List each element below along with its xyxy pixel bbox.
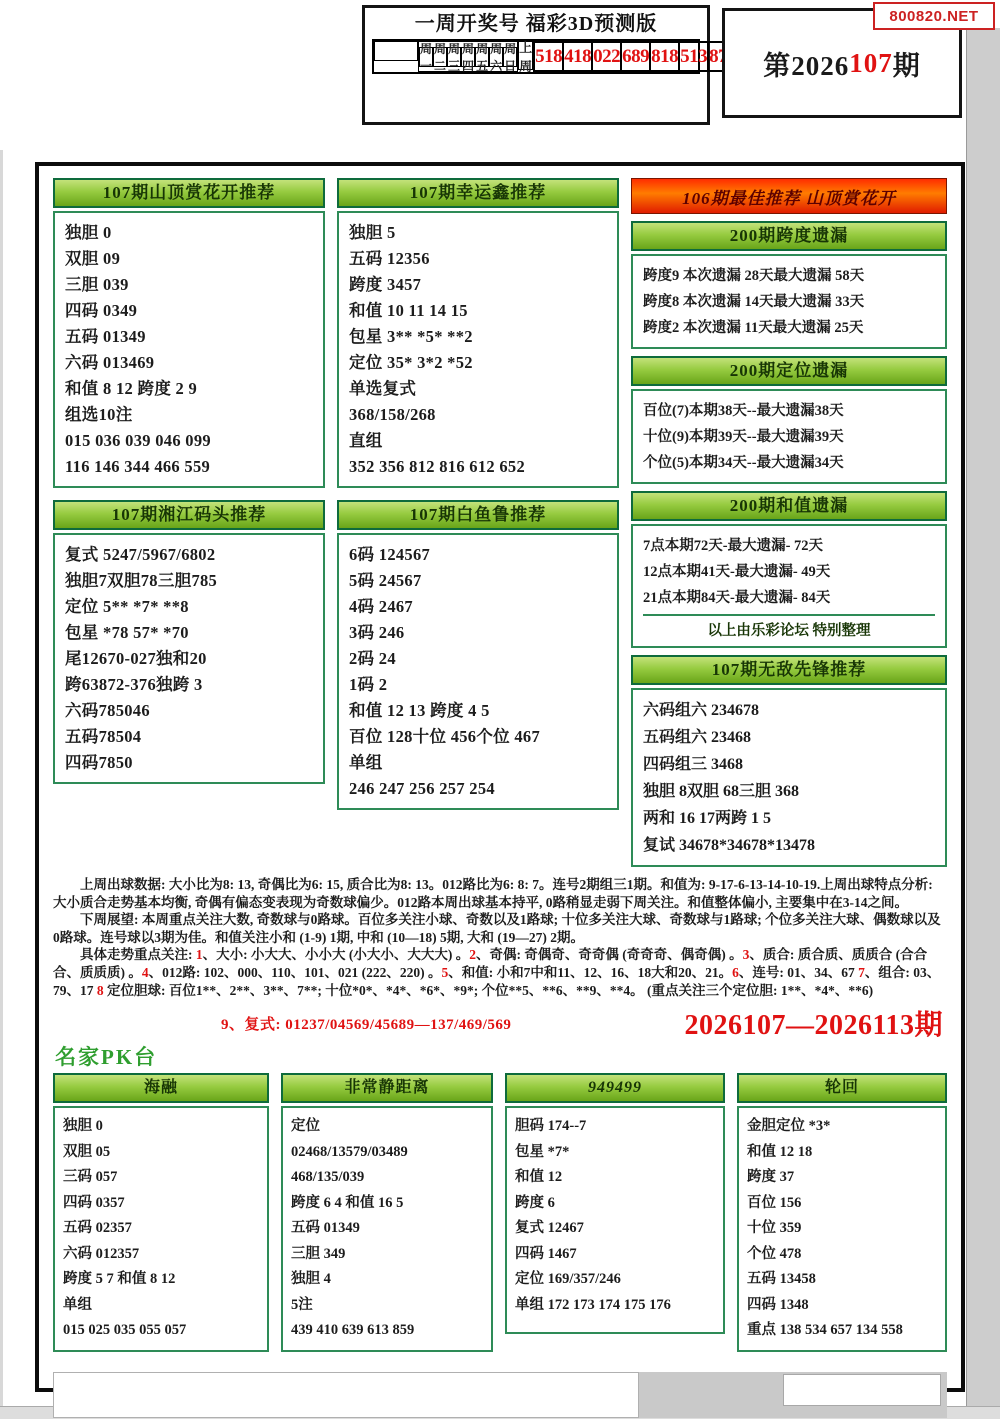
text-line: 尾12670-027独和20 [65, 646, 313, 672]
text-line: 跨度 3457 [349, 272, 607, 298]
box-hezhi-footer: 以上由乐彩论坛 特别整理 [643, 614, 935, 640]
text-line: 独胆7双胆78三胆785 [65, 568, 313, 594]
box-dingwei-yilou: 200期定位遗漏 百位(7)本期38天--最大遗漏38天十位(9)本期39天--… [631, 356, 947, 484]
text-line: 双胆 05 [63, 1140, 259, 1166]
text-line: 周二 [433, 47, 447, 67]
text-segment: 定位胆球: 百位1**、2**、3**、7**; 十位*0*、*4*、*6*、*… [104, 983, 873, 998]
text-line: 个位(5)本期34天--最大遗漏34天 [643, 450, 935, 476]
text-line: 周一 [419, 47, 433, 67]
text-line: 02468/13579/03489 [291, 1140, 483, 1166]
text-line: 周六 [489, 47, 503, 67]
text-line: 包星 *7* [515, 1140, 715, 1166]
text-segment: 具体走势重点关注: [80, 947, 196, 962]
week-day-headers: 周一周二周三周四周五周六周日 [418, 41, 518, 72]
text-line: 和值 8 12 跨度 2 9 [65, 376, 313, 402]
footer-white-box [783, 1374, 941, 1406]
text-line: 跨度 6 4 和值 16 5 [291, 1191, 483, 1217]
text-line: 513 [679, 42, 708, 71]
text-line: 跨度 6 [515, 1191, 715, 1217]
text-line: 十位(9)本期39天--最大遗漏39天 [643, 424, 935, 450]
text-line: 定位 35* 3*2 *52 [349, 350, 607, 376]
pk-box-hairong-title: 海融 [53, 1073, 269, 1103]
text-line: 直组 [349, 428, 607, 454]
text-line: 四码 1348 [747, 1293, 937, 1319]
text-line: 116 146 344 466 559 [65, 454, 313, 480]
box-wudi-title: 107期无敌先锋推荐 [631, 655, 947, 685]
box-kuadu-yilou: 200期跨度遗漏 跨度9 本次遗漏 28天最大遗漏 58天跨度8 本次遗漏 14… [631, 221, 947, 349]
text-line: 周四 [461, 47, 475, 67]
text-line: 和值 10 11 14 15 [349, 298, 607, 324]
text-line: 21点本期84天-最大遗漏- 84天 [643, 585, 935, 611]
text-line: 022 [592, 42, 621, 71]
text-line: 四码组三 3468 [643, 751, 935, 778]
footer-white-area [53, 1372, 639, 1418]
text-line: 定位 [291, 1114, 483, 1140]
text-line: 246 247 256 257 254 [349, 776, 607, 802]
issue-range: 2026107—2026113期 [685, 1003, 943, 1043]
text-line: 双胆 09 [65, 246, 313, 272]
text-line: 015 036 039 046 099 [65, 428, 313, 454]
highlight-segment: 6 [732, 965, 739, 980]
box-baiyulu-tuijian: 107期白鱼鲁推荐 6码 1245675码 245674码 24673码 246… [337, 500, 619, 810]
text-line: 单组 [63, 1293, 259, 1319]
text-line: 重点 138 534 657 134 558 [747, 1318, 937, 1344]
text-line: 独胆 0 [65, 220, 313, 246]
column-left: 107期山顶赏花开推荐 独胆 0双胆 09三胆 039四码 0349五码 013… [53, 178, 325, 874]
text-line: 单组 172 173 174 175 176 [515, 1293, 715, 1319]
text-line: 四码 0349 [65, 298, 313, 324]
text-line: 复式 12467 [515, 1216, 715, 1242]
text-line: 六码785046 [65, 698, 313, 724]
pk-box-lunhui-body: 金胆定位 *3*和值 12 18跨度 37百位 156十位 359个位 478五… [737, 1106, 947, 1352]
text-line: 五码组六 23468 [643, 724, 935, 751]
pk-boxes-grid: 海融 独胆 0双胆 05三码 057四码 0357五码 02357六码 0123… [53, 1073, 947, 1364]
text-line: 六码组六 234678 [643, 697, 935, 724]
page-right-margin [966, 28, 1000, 1419]
week-draws-table: 一周开奖号 福彩3D预测版 周一周二周三周四周五周六周日 上周 51841802… [362, 5, 710, 125]
issue-number: 107 [849, 48, 893, 79]
text-line: 周三 [447, 47, 461, 67]
text-line: 12点本期41天-最大遗漏- 49天 [643, 559, 935, 585]
text-line: 468/135/039 [291, 1165, 483, 1191]
text-line: 1码 2 [349, 672, 607, 698]
text-line: 独胆 4 [291, 1267, 483, 1293]
text-line: 五码 12356 [349, 246, 607, 272]
text-line: 十位 359 [747, 1216, 937, 1242]
text-line: 四码7850 [65, 750, 313, 776]
text-line: 百位(7)本期38天--最大遗漏38天 [643, 398, 935, 424]
text-line: 单组 [349, 750, 607, 776]
text-line: 复试 34678*34678*13478 [643, 832, 935, 859]
analysis-paragraph-focus: 具体走势重点关注: 1、大小: 小大大、小小大 (小大小、大大大) 。2、奇偶:… [53, 946, 947, 999]
box-xingyunxin-tuijian: 107期幸运鑫推荐 独胆 5五码 12356跨度 3457和值 10 11 14… [337, 178, 619, 488]
box-baiyulu-title: 107期白鱼鲁推荐 [337, 500, 619, 530]
text-line: 368/158/268 [349, 402, 607, 428]
text-line: 跨度8 本次遗漏 14天最大遗漏 33天 [643, 289, 935, 315]
text-line: 跨度2 本次遗漏 11天最大遗漏 25天 [643, 315, 935, 341]
box-hezhi-body: 7点本期72天-最大遗漏- 72天12点本期41天-最大遗漏- 49天21点本期… [631, 524, 947, 648]
box-xingyunxin-body: 独胆 5五码 12356跨度 3457和值 10 11 14 15包星 3** … [337, 211, 619, 488]
pk-box-lunhui: 轮回 金胆定位 *3*和值 12 18跨度 37百位 156十位 359个位 4… [737, 1073, 947, 1352]
text-line: 和值 12 18 [747, 1140, 937, 1166]
pk-box-hairong: 海融 独胆 0双胆 05三码 057四码 0357五码 02357六码 0123… [53, 1073, 269, 1352]
week-row-values-lastweek: 518418022689818513877 [533, 41, 738, 72]
analysis-paragraph-outlook: 下周展望: 本周重点关注大数, 奇数球与0路球。百位多关注小球、奇数以及1路球;… [53, 911, 947, 946]
text-line: 周五 [475, 47, 489, 67]
pk-box-949499-body: 胆码 174--7包星 *7*和值 12跨度 6复式 12467四码 1467定… [505, 1106, 725, 1334]
text-line: 7点本期72天-最大遗漏- 72天 [643, 533, 935, 559]
text-line: 定位 169/357/246 [515, 1267, 715, 1293]
recommendation-columns: 107期山顶赏花开推荐 独胆 0双胆 09三胆 039四码 0349五码 013… [53, 178, 947, 874]
text-segment: 、连号: 01、34、67 [739, 965, 858, 980]
week-table-corner-cell [374, 41, 418, 61]
text-line: 个位 478 [747, 1242, 937, 1268]
best-recommendation-banner: 106期最佳推荐 山顶赏花开 [631, 178, 947, 214]
box-xiangjiang-title: 107期湘江码头推荐 [53, 500, 325, 530]
site-badge: 800820.NET [873, 2, 995, 30]
trend-analysis-text: 上周出球数据: 大小比为8: 13, 奇偶比为6: 15, 质合比为8: 13。… [53, 876, 947, 999]
text-line: 周日 [503, 47, 517, 67]
box-kuadu-title: 200期跨度遗漏 [631, 221, 947, 251]
box-hezhi-title: 200期和值遗漏 [631, 491, 947, 521]
text-line: 组选10注 [65, 402, 313, 428]
page: 800820.NET 一周开奖号 福彩3D预测版 周一周二周三周四周五周六周日 … [0, 0, 1000, 1419]
text-line: 和值 12 [515, 1165, 715, 1191]
pk-box-feichangjingjuli: 非常静距离 定位02468/13579/03489468/135/039跨度 6… [281, 1073, 493, 1352]
text-line: 三码 057 [63, 1165, 259, 1191]
text-line: 五码 02357 [63, 1216, 259, 1242]
text-line: 518 [534, 42, 563, 71]
text-line: 四码 0357 [63, 1191, 259, 1217]
text-line: 跨度 37 [747, 1165, 937, 1191]
text-segment: 、和值: 小和7中和11、12、16、18大和20、21。 [448, 965, 732, 980]
analysis-paragraph-lastweek: 上周出球数据: 大小比为8: 13, 奇偶比为6: 15, 质合比为8: 13。… [53, 876, 947, 911]
highlight-segment: 8 [97, 983, 104, 998]
box-baiyulu-body: 6码 1245675码 245674码 24673码 2462码 241码 2和… [337, 533, 619, 810]
text-line: 单选复式 [349, 376, 607, 402]
pk-section-title: 名家PK台 [55, 1045, 947, 1069]
text-line: 418 [563, 42, 592, 71]
highlight-segment: 7 [858, 965, 865, 980]
text-segment: 、012路: 102、000、110、101、021 (222、220) 。 [149, 965, 442, 980]
text-line: 包星 3** *5* **2 [349, 324, 607, 350]
text-line: 三胆 349 [291, 1242, 483, 1268]
week-table-grid: 周一周二周三周四周五周六周日 上周 518418022689818513877 … [372, 39, 700, 74]
pk-box-feichangjingjuli-title: 非常静距离 [281, 1073, 493, 1103]
box-xingyunxin-title: 107期幸运鑫推荐 [337, 178, 619, 208]
fushi-and-range-row: 9、复式: 01237/04569/45689—137/469/569 2026… [53, 1003, 947, 1043]
text-line: 百位 156 [747, 1191, 937, 1217]
text-line: 5注 [291, 1293, 483, 1319]
text-line: 独胆 5 [349, 220, 607, 246]
highlight-segment: 1 [196, 947, 203, 962]
text-line: 6码 124567 [349, 542, 607, 568]
text-line: 百位 128十位 456个位 467 [349, 724, 607, 750]
text-line: 689 [621, 42, 650, 71]
text-line: 胆码 174--7 [515, 1114, 715, 1140]
pk-box-lunhui-title: 轮回 [737, 1073, 947, 1103]
highlight-segment: 2 [469, 947, 476, 962]
text-line: 4码 2467 [349, 594, 607, 620]
box-shanding-title: 107期山顶赏花开推荐 [53, 178, 325, 208]
text-segment: 、奇偶: 奇偶奇、奇奇偶 (奇奇奇、偶奇偶) 。 [476, 947, 743, 962]
main-content-frame: 107期山顶赏花开推荐 独胆 0双胆 09三胆 039四码 0349五码 013… [35, 162, 965, 1392]
box-shanding-body: 独胆 0双胆 09三胆 039四码 0349五码 01349六码 013469和… [53, 211, 325, 488]
text-line: 定位 5** *7* **8 [65, 594, 313, 620]
box-xiangjiang-body: 复式 5247/5967/6802独胆7双胆78三胆785定位 5** *7* … [53, 533, 325, 784]
text-line: 2码 24 [349, 646, 607, 672]
box-dingwei-body: 百位(7)本期38天--最大遗漏38天十位(9)本期39天--最大遗漏39天个位… [631, 389, 947, 484]
text-line: 两和 16 17两跨 1 5 [643, 805, 935, 832]
footer-strip [53, 1372, 947, 1418]
text-line: 五码 01349 [65, 324, 313, 350]
text-line: 439 410 639 613 859 [291, 1318, 483, 1344]
text-line: 352 356 812 816 612 652 [349, 454, 607, 480]
box-wudi-xianfeng: 107期无敌先锋推荐 六码组六 234678五码组六 23468四码组三 346… [631, 655, 947, 867]
issue-suffix: 期 [893, 44, 921, 83]
text-line: 六码 012357 [63, 1242, 259, 1268]
text-line: 3码 246 [349, 620, 607, 646]
box-xiangjiang-tuijian: 107期湘江码头推荐 复式 5247/5967/6802独胆7双胆78三胆785… [53, 500, 325, 784]
text-line: 独胆 0 [63, 1114, 259, 1140]
page-left-edge [0, 150, 3, 1419]
column-middle: 107期幸运鑫推荐 独胆 5五码 12356跨度 3457和值 10 11 14… [337, 178, 619, 874]
text-line: 和值 12 13 跨度 4 5 [349, 698, 607, 724]
box-shanding-tuijian: 107期山顶赏花开推荐 独胆 0双胆 09三胆 039四码 0349五码 013… [53, 178, 325, 488]
box-wudi-body: 六码组六 234678五码组六 23468四码组三 3468独胆 8双胆 68三… [631, 688, 947, 867]
pk-box-feichangjingjuli-body: 定位02468/13579/03489468/135/039跨度 6 4 和值 … [281, 1106, 493, 1352]
text-line: 独胆 8双胆 68三胆 368 [643, 778, 935, 805]
text-line: 跨度 5 7 和值 8 12 [63, 1267, 259, 1293]
text-line: 金胆定位 *3* [747, 1114, 937, 1140]
column-right: 106期最佳推荐 山顶赏花开 200期跨度遗漏 跨度9 本次遗漏 28天最大遗漏… [631, 178, 947, 874]
text-line: 818 [650, 42, 679, 71]
text-line: 复式 5247/5967/6802 [65, 542, 313, 568]
text-line: 包星 *78 57* *70 [65, 620, 313, 646]
pk-box-hairong-body: 独胆 0双胆 05三码 057四码 0357五码 02357六码 012357跨… [53, 1106, 269, 1352]
text-line: 三胆 039 [65, 272, 313, 298]
text-segment: 、大小: 小大大、小小大 (小大小、大大大) 。 [203, 947, 470, 962]
pk-box-949499-title: 949499 [505, 1073, 725, 1103]
text-line: 五码 01349 [291, 1216, 483, 1242]
text-line: 015 025 035 055 057 [63, 1318, 259, 1344]
week-row-label-lastweek: 上周 [518, 41, 533, 70]
box-dingwei-title: 200期定位遗漏 [631, 356, 947, 386]
box-kuadu-body: 跨度9 本次遗漏 28天最大遗漏 58天跨度8 本次遗漏 14天最大遗漏 33天… [631, 254, 947, 349]
pk-box-949499: 949499 胆码 174--7包星 *7*和值 12跨度 6复式 12467四… [505, 1073, 725, 1352]
text-line: 5码 24567 [349, 568, 607, 594]
week-table-title: 一周开奖号 福彩3D预测版 [372, 11, 700, 37]
text-line: 五码78504 [65, 724, 313, 750]
text-line: 五码 13458 [747, 1267, 937, 1293]
text-line: 跨度9 本次遗漏 28天最大遗漏 58天 [643, 263, 935, 289]
text-line: 六码 013469 [65, 350, 313, 376]
text-line: 跨63872-376独跨 3 [65, 672, 313, 698]
issue-prefix: 第2026 [763, 44, 849, 83]
box-hezhi-yilou: 200期和值遗漏 7点本期72天-最大遗漏- 72天12点本期41天-最大遗漏-… [631, 491, 947, 648]
fushi-line: 9、复式: 01237/04569/45689—137/469/569 [221, 1013, 511, 1034]
text-line: 四码 1467 [515, 1242, 715, 1268]
highlight-segment: 4 [142, 965, 149, 980]
